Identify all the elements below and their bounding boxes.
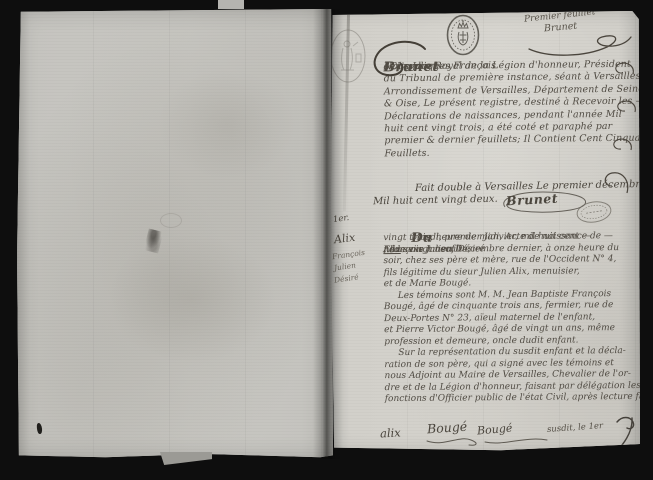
signature-alix: alix xyxy=(380,425,401,440)
act-number: 1er. xyxy=(332,213,350,225)
crown-fleur-de-lis-stamp-icon xyxy=(446,14,480,56)
margin-name: François xyxy=(332,248,366,262)
paraphe-flourish xyxy=(609,414,640,452)
text-line: Feuillets. xyxy=(384,146,640,161)
margin-name: Julien xyxy=(333,261,356,273)
page-corner-edge xyxy=(160,452,212,465)
ink-blot xyxy=(36,423,42,434)
bookmark-tab xyxy=(218,0,244,9)
dateline: Mil huit cent vingt deux. xyxy=(373,194,498,208)
text-run: Mardi, premier Janvier, mil huit cent — xyxy=(397,231,590,244)
birth-act-paragraph: Du Mardi, premier Janvier, mil huit cent… xyxy=(383,231,640,406)
text-run: , du sexe masculin, — xyxy=(383,244,482,256)
text-line: fonctions d'Officier public de l'état Ci… xyxy=(385,392,640,406)
paper-stain xyxy=(157,69,297,179)
signature-brunet: Brunet xyxy=(506,191,559,209)
text-line: et Pierre Victor Bougé, âgé de vingt un … xyxy=(384,323,640,337)
seated-figure-dry-stamp-icon xyxy=(331,28,367,86)
text-line: soir, chez ses père et mère, rue de l'Oc… xyxy=(383,254,640,268)
ink-smudge xyxy=(144,229,164,254)
tail-note: susdit, le 1er xyxy=(547,421,604,435)
register-manuscript-page: Premier feuillet Brunet ....Nous Jacques… xyxy=(331,11,640,452)
paper-stain xyxy=(107,234,277,364)
margin-name: Désiré xyxy=(333,272,359,284)
signature-bouge: Bougé xyxy=(427,419,468,437)
scanned-register-spread: Premier feuillet Brunet ....Nous Jacques… xyxy=(0,0,653,480)
pen-flourish xyxy=(527,31,633,59)
folio-signature: Brunet xyxy=(544,21,578,35)
register-opening-paragraph: ....Nous Jacques François Brunet, Cheval… xyxy=(383,59,640,161)
faint-ring-stain xyxy=(160,213,182,228)
text-line: Bougé, âgé de cinquante trois ans, fermi… xyxy=(384,300,640,314)
text-run: , Chevalier xyxy=(383,61,437,74)
signature-bouge: Bougé xyxy=(477,421,513,437)
margin-name: Alix xyxy=(333,231,356,246)
oval-archive-stamp-icon xyxy=(575,198,614,225)
text-line: premier & dernier feuillets; Il Contient… xyxy=(384,133,640,148)
left-blank-page xyxy=(17,9,333,459)
paper-texture xyxy=(17,9,333,459)
